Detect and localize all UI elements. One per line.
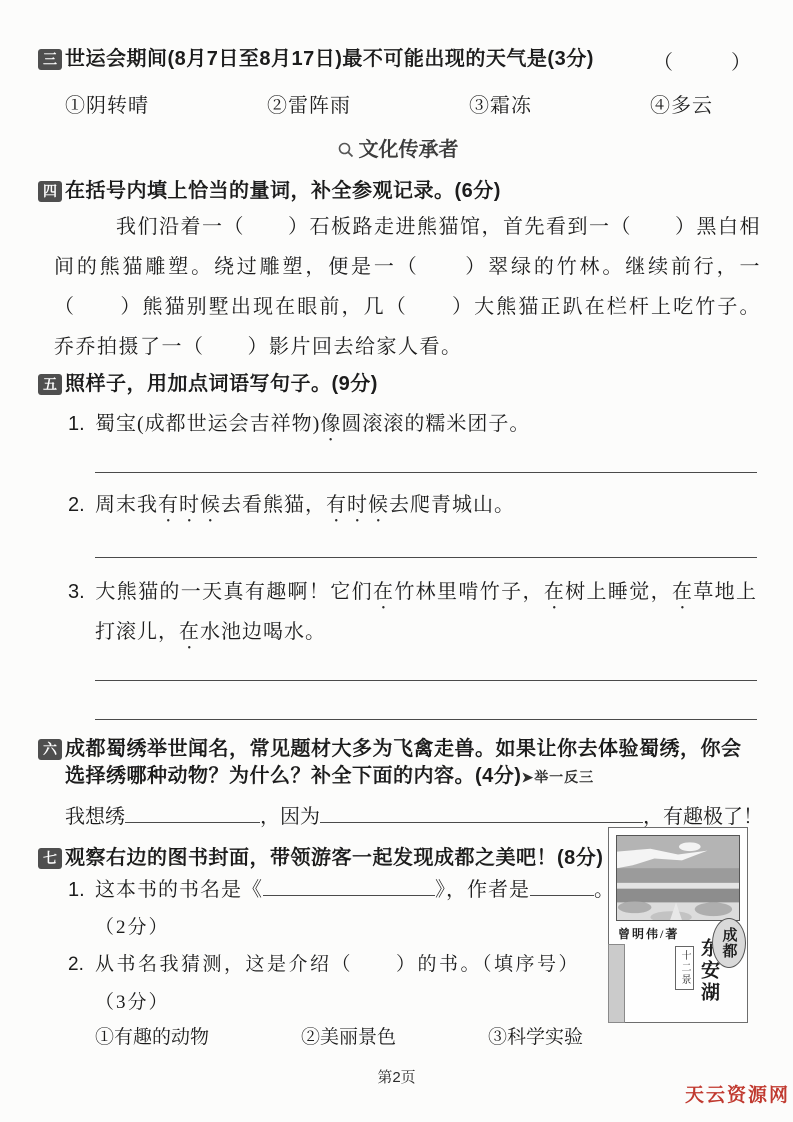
question-3-options: ①阴转晴 ②雷阵雨 ③霜冻 ④多云 <box>65 89 713 118</box>
book-author: 曾明伟/著 <box>618 925 679 942</box>
book-series-badge: 十二景 <box>675 946 694 990</box>
fill-mid: ，因为 <box>260 800 320 829</box>
dotted-word: 在 <box>672 581 693 603</box>
question-6-fill-line: 我想绣 ，因为 ，有趣极了！ <box>65 799 763 829</box>
book-seal-text: 成都 <box>719 927 740 959</box>
question-4: 四 在括号内填上恰当的量词，补全参观记录。(6分) 我们沿着一（ ）石板路走进熊… <box>38 178 757 367</box>
section-3-marker: 三 <box>38 49 62 70</box>
lake-landscape-illustration <box>616 835 740 921</box>
author-blank[interactable] <box>530 872 594 896</box>
question-6-title: 成都蜀绣举世闻名，常见题材大多为飞禽走兽。如果让你去体验蜀绣，你会选择绣哪种动物… <box>65 736 757 791</box>
question-5-item-1: 1.蜀宝(成都世运会吉祥物)像圆滚滚的糯米团子。 <box>95 406 757 446</box>
sentence-segment: 周末我 <box>95 494 158 516</box>
section-4-marker: 四 <box>38 181 62 202</box>
question-7-options: ①有趣的动物 ②美丽景色 ③科学实验 <box>95 1022 583 1049</box>
option-1: ①阴转晴 <box>65 89 149 118</box>
answer-line-1[interactable] <box>95 472 757 473</box>
sentence-segment: 去看熊猫， <box>221 494 326 516</box>
question-7-body: 1. 这本书的书名是《 》，作者是 。 （2分） 2.从书名我猜测，这是介绍（ … <box>95 872 655 1049</box>
option-2: ②美丽景色 <box>301 1022 396 1049</box>
book-seal: 成都 <box>712 918 746 968</box>
dotted-word: 在 <box>544 581 565 603</box>
section-7-marker: 七 <box>38 848 62 869</box>
arrow-icon: ➤ <box>521 769 534 785</box>
question-5-head: 五 照样子，用加点词语写句子。(9分) <box>38 371 757 398</box>
dotted-word: 像 <box>320 413 341 435</box>
question-7-title: 观察右边的图书封面，带领游客一起发现成都之美吧！(8分) <box>65 845 603 872</box>
question-5-body: 1.蜀宝(成都世运会吉祥物)像圆滚滚的糯米团子。 2.周末我有时候去看熊猫，有时… <box>95 406 757 720</box>
option-4: ④多云 <box>650 89 713 118</box>
dotted-word: 有时候 <box>158 494 221 516</box>
book-title-blank[interactable] <box>263 872 435 896</box>
item-number: 1. <box>68 406 95 443</box>
answer-line-2[interactable] <box>95 557 757 558</box>
question-3: 三 世运会期间(8月7日至8月17日)最不可能出现的天气是(3分) （ ） ①阴… <box>38 46 757 118</box>
worksheet-page: 三 世运会期间(8月7日至8月17日)最不可能出现的天气是(3分) （ ） ①阴… <box>0 0 793 1122</box>
dotted-word: 有时候 <box>326 494 389 516</box>
section-banner: 文化传承者 <box>38 133 757 162</box>
item-1-score: （2分） <box>95 912 655 939</box>
item-1-pre: 这本书的书名是《 <box>95 873 263 907</box>
banner-label: 文化传承者 <box>359 139 459 161</box>
item-number: 3. <box>68 574 95 611</box>
option-2: ②雷阵雨 <box>267 89 351 118</box>
sentence-segment: 蜀宝(成都世运会吉祥物) <box>95 413 320 435</box>
item-number: 2. <box>68 487 95 524</box>
question-3-head: 三 世运会期间(8月7日至8月17日)最不可能出现的天气是(3分) （ ） <box>38 46 757 75</box>
question-3-title: 世运会期间(8月7日至8月17日)最不可能出现的天气是(3分) <box>65 46 594 73</box>
question-5-title: 照样子，用加点词语写句子。(9分) <box>65 371 378 398</box>
sentence-segment: 水池边喝水。 <box>200 621 326 643</box>
question-4-paragraph[interactable]: 我们沿着一（ ）石板路走进熊猫馆，首先看到一（ ）黑白相间的熊猫雕塑。绕过雕塑，… <box>54 207 761 367</box>
option-3: ③霜冻 <box>469 89 532 118</box>
sentence-segment: 大熊猫的一天真有趣啊！它们 <box>95 581 373 603</box>
option-3: ③科学实验 <box>488 1022 583 1049</box>
fill-blank-2[interactable] <box>320 799 643 823</box>
answer-line-4[interactable] <box>95 719 757 720</box>
question-5: 五 照样子，用加点词语写句子。(9分) 1.蜀宝(成都世运会吉祥物)像圆滚滚的糯… <box>38 371 757 720</box>
option-1: ①有趣的动物 <box>95 1022 209 1049</box>
question-5-item-2: 2.周末我有时候去看熊猫，有时候去爬青城山。 <box>95 487 757 527</box>
item-2-text[interactable]: 从书名我猜测，这是介绍（ ）的书。（填序号） <box>95 954 580 975</box>
page-number: 第2页 <box>0 1066 793 1087</box>
fill-post: ，有趣极了！ <box>643 800 763 829</box>
watermark: 天云资源网 <box>685 1080 790 1107</box>
section-5-marker: 五 <box>38 374 62 395</box>
book-cover: 曾明伟/著 十二景 东安湖 成都 <box>608 827 748 1023</box>
sentence-segment: 竹林里啃竹子， <box>394 581 543 603</box>
question-6-head: 六 成都蜀绣举世闻名，常见题材大多为飞禽走兽。如果让你去体验蜀绣，你会选择绣哪种… <box>38 736 757 791</box>
book-spine-bar <box>608 944 625 1023</box>
question-6: 六 成都蜀绣举世闻名，常见题材大多为飞禽走兽。如果让你去体验蜀绣，你会选择绣哪种… <box>38 736 757 829</box>
extension-badge: 举一反三 <box>534 769 594 785</box>
sentence-segment: 树上睡觉， <box>565 581 672 603</box>
fill-blank-1[interactable] <box>125 799 260 823</box>
magnifier-icon <box>337 141 355 159</box>
item-number: 1. <box>68 873 95 907</box>
dotted-word: 在 <box>373 581 394 603</box>
dotted-word: 在 <box>179 621 200 643</box>
item-1-mid: 》，作者是 <box>435 873 530 907</box>
fill-pre: 我想绣 <box>65 800 125 829</box>
sentence-segment: 圆滚滚的糯米团子。 <box>341 413 530 435</box>
question-4-head: 四 在括号内填上恰当的量词，补全参观记录。(6分) <box>38 178 757 205</box>
section-6-marker: 六 <box>38 739 62 760</box>
question-3-answer-bracket[interactable]: （ ） <box>653 46 757 75</box>
question-5-item-3: 3.大熊猫的一天真有趣啊！它们在竹林里啃竹子，在树上睡觉，在草地上打滚儿，在水池… <box>95 574 757 654</box>
question-7-item-1: 1. 这本书的书名是《 》，作者是 。 <box>95 872 625 907</box>
answer-line-3[interactable] <box>95 680 757 681</box>
item-2-score: （3分） <box>95 987 655 1014</box>
item-number: 2. <box>68 948 95 982</box>
question-4-title: 在括号内填上恰当的量词，补全参观记录。(6分) <box>65 178 501 205</box>
question-6-title-text: 成都蜀绣举世闻名，常见题材大多为飞禽走兽。如果让你去体验蜀绣，你会选择绣哪种动物… <box>65 738 742 787</box>
sentence-segment: 去爬青城山。 <box>389 494 515 516</box>
question-7-item-2: 2.从书名我猜测，这是介绍（ ）的书。（填序号） <box>95 948 655 982</box>
